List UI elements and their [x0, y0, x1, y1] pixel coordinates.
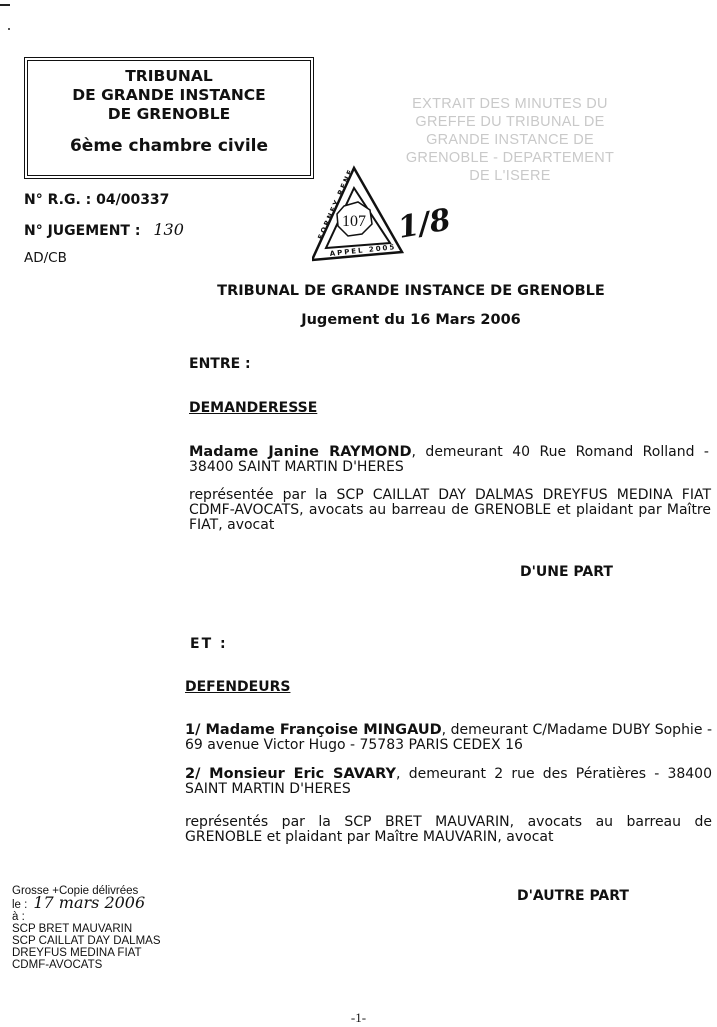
delivery-to-label: à : — [12, 911, 161, 923]
extract-stamp-line: EXTRAIT DES MINUTES DU — [395, 95, 625, 113]
between-label: ENTRE : — [189, 356, 251, 372]
extract-stamp-line: GRANDE INSTANCE DE — [395, 131, 625, 149]
chamber-name: 6ème chambre civile — [25, 136, 313, 156]
court-name-line-3: DE GRENOBLE — [25, 105, 313, 124]
page-number: -1- — [0, 1010, 717, 1026]
plaintiff-name: Madame Janine RAYMOND — [189, 444, 412, 460]
rg-label: N° R.G. : — [24, 192, 91, 208]
court-name: TRIBUNAL DE GRANDE INSTANCE DE GRENOBLE — [25, 67, 313, 124]
delivery-recipient: CDMF-AVOCATS — [12, 959, 161, 971]
court-title: TRIBUNAL DE GRANDE INSTANCE DE GRENOBLE — [0, 283, 717, 299]
defendants-heading: DEFENDEURS — [185, 679, 290, 695]
court-name-line-2: DE GRANDE INSTANCE — [25, 86, 313, 105]
plaintiff-representation: représentée par la SCP CAILLAT DAY DALMA… — [189, 488, 711, 533]
court-name-line-1: TRIBUNAL — [25, 67, 313, 86]
second-party-label: D'AUTRE PART — [517, 888, 629, 904]
delivery-note: Grosse +Copie délivrées le :17 mars 2006… — [12, 885, 161, 971]
rg-number: N° R.G. : 04/00337 — [24, 192, 169, 208]
scan-mark — [0, 4, 10, 6]
judgment-label: N° JUGEMENT : — [24, 223, 140, 239]
defendant-party: 2/ Monsieur Eric SAVARY, demeurant 2 rue… — [185, 767, 712, 797]
and-label: ET : — [190, 636, 228, 652]
plaintiff-party: Madame Janine RAYMOND, demeurant 40 Rue … — [189, 445, 709, 475]
delivery-date: le :17 mars 2006 — [12, 897, 161, 911]
rg-value: 04/00337 — [96, 192, 169, 208]
delivery-date-label: le : — [12, 899, 27, 911]
appeal-stamp-number: 107 — [342, 213, 366, 230]
handwritten-folio-mark: 1/8 — [395, 202, 453, 246]
defendant-name: 2/ Monsieur Eric SAVARY — [185, 766, 396, 782]
defendant-name: 1/ Madame Françoise MINGAUD — [185, 722, 442, 738]
defendants-representation: représentés par la SCP BRET MAUVARIN, av… — [185, 815, 712, 845]
clerk-initials: AD/CB — [24, 250, 67, 266]
appeal-stamp-icon: 107 APPEL 2005 FORNEY RENE 1/8 — [312, 160, 472, 270]
delivery-recipient: SCP CAILLAT DAY DALMAS — [12, 935, 161, 947]
delivery-recipient: DREYFUS MEDINA FIAT — [12, 947, 161, 959]
extract-stamp-line: GREFFE DU TRIBUNAL DE — [395, 113, 625, 131]
defendant-party: 1/ Madame Françoise MINGAUD, demeurant C… — [185, 723, 712, 753]
delivery-recipient: SCP BRET MAUVARIN — [12, 923, 161, 935]
first-party-label: D'UNE PART — [520, 564, 613, 580]
delivery-date-handwritten: 17 mars 2006 — [33, 893, 145, 912]
judgment-number: N° JUGEMENT : 130 — [24, 220, 184, 239]
court-header-box: TRIBUNAL DE GRANDE INSTANCE DE GRENOBLE … — [24, 57, 314, 179]
plaintiff-heading: DEMANDERESSE — [189, 400, 317, 416]
judgment-date: Jugement du 16 Mars 2006 — [0, 312, 717, 328]
scan-dot — [8, 28, 10, 30]
judgment-value-handwritten: 130 — [153, 220, 184, 239]
